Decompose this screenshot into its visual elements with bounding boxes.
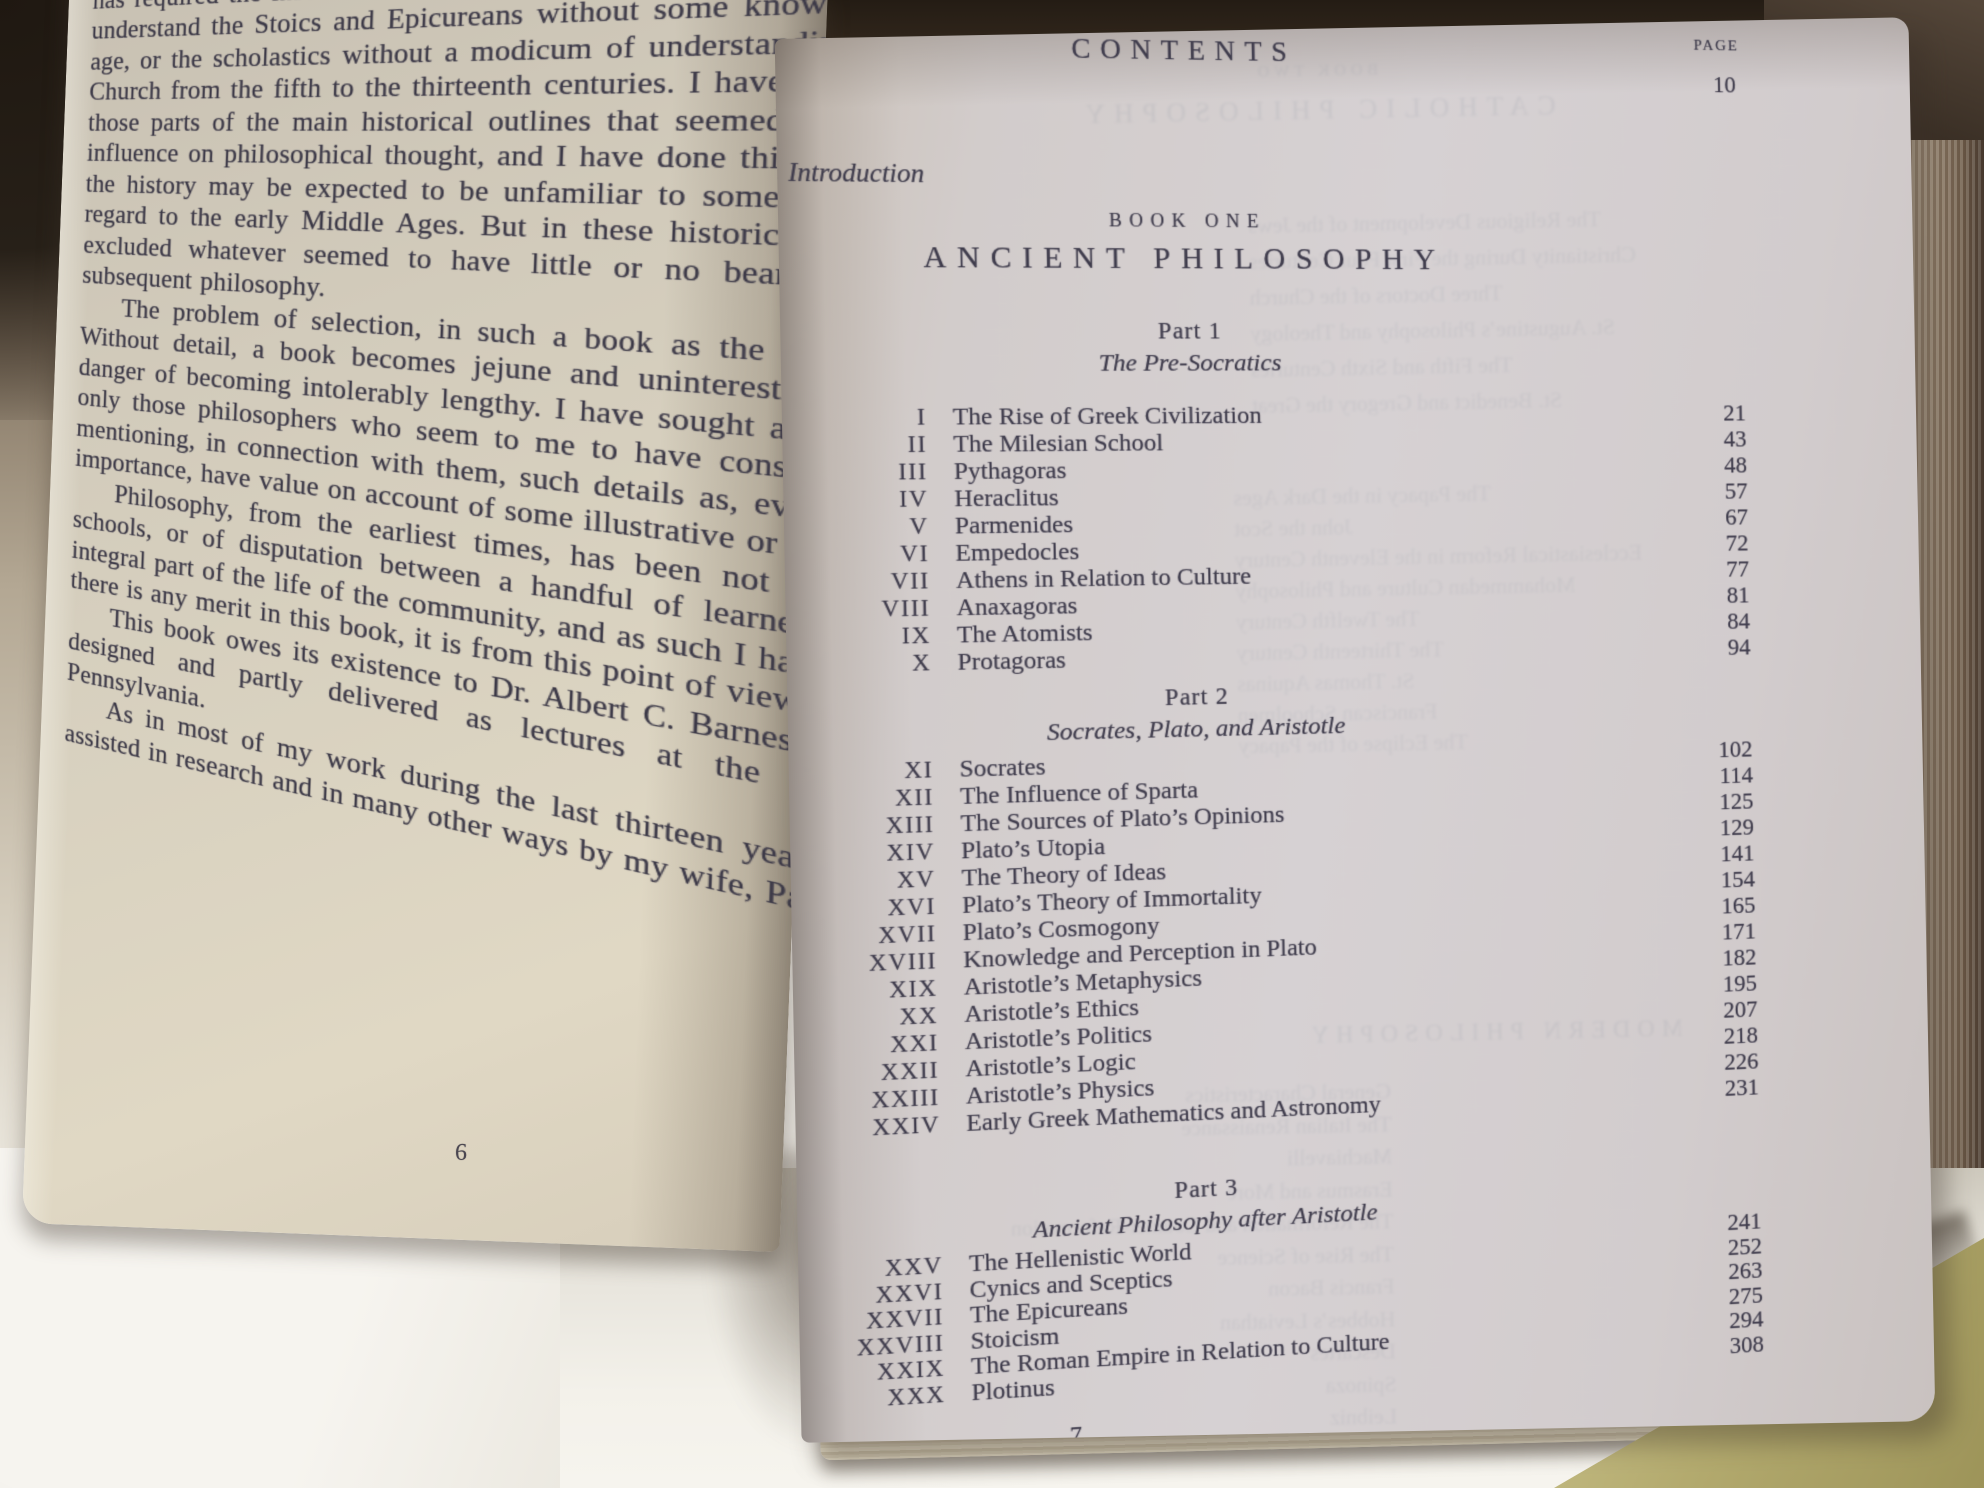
right-page: BOOK TWOCATHOLIC PHILOSOPHY The Religiou…	[775, 17, 1936, 1443]
chapter-page-number: 48	[1661, 452, 1747, 479]
chapter-page-number: 57	[1662, 478, 1748, 505]
chapter-page-number: 94	[1665, 634, 1751, 662]
chapter-page-number: 165	[1670, 892, 1756, 920]
chapter-page-number: 231	[1673, 1074, 1759, 1103]
book-one-title: ANCIENT PHILOSOPHY	[775, 240, 1658, 279]
chapter-numeral: VI	[775, 540, 930, 570]
left-page-text: N PHILOSOPHICAL THOUGHT has required the…	[64, 0, 828, 1016]
chapter-page-number: 141	[1669, 840, 1755, 868]
chapter-numeral: III	[775, 458, 928, 487]
chapter-page-number: 21	[1660, 400, 1746, 426]
chapter-page-number: 102	[1667, 736, 1753, 763]
chapter-page-number: 114	[1667, 762, 1753, 789]
contents-part: Part 1The Pre-SocraticsIThe Rise of Gree…	[775, 317, 1751, 681]
chapter-numeral: X	[775, 649, 932, 681]
chapter-page-number: 43	[1661, 426, 1747, 453]
page-column-label: PAGE	[1693, 38, 1739, 56]
introduction-page-number: 10	[1713, 72, 1736, 98]
preface-paragraphs: has required the insertion of certain ch…	[64, 0, 828, 1016]
chapter-page-number: 226	[1673, 1048, 1759, 1077]
part-label: Part 1	[775, 317, 1660, 345]
contents-parts: Part 1The Pre-SocraticsIThe Rise of Gree…	[775, 317, 1764, 1421]
chapter-page-number: 207	[1672, 996, 1758, 1025]
chapter-numeral: IV	[775, 486, 929, 516]
part-chapter-rows: XISocrates102XIIThe Influence of Sparta1…	[775, 736, 1760, 1149]
chapter-title: The Rise of Greek Civilization	[926, 401, 1660, 431]
chapter-page-number: 308	[1678, 1332, 1764, 1362]
chapter-numeral: VIII	[775, 595, 931, 626]
chapter-numeral: XXIV	[775, 1111, 941, 1148]
chapter-page-number: 67	[1662, 504, 1748, 531]
part-title: The Pre-Socratics	[775, 350, 1660, 379]
chapter-page-number: 125	[1668, 788, 1754, 815]
chapter-numeral: V	[775, 513, 929, 543]
chapter-page-number: 182	[1671, 944, 1757, 972]
chapter-numeral: II	[775, 431, 928, 460]
chapter-page-number: 129	[1668, 814, 1754, 842]
introduction-label: Introduction	[788, 159, 925, 190]
chapter-numeral: VII	[775, 567, 930, 598]
part-chapter-rows: IThe Rise of Greek Civilization21IIThe M…	[775, 400, 1751, 681]
chapter-page-number: 72	[1663, 530, 1749, 557]
chapter-page-number: 171	[1670, 918, 1756, 946]
chapter-page-number: 77	[1663, 556, 1749, 583]
chapter-page-number: 195	[1671, 970, 1757, 998]
chapter-numeral: I	[775, 404, 927, 433]
chapter-page-number: 154	[1669, 866, 1755, 894]
book-one-kicker: BOOK ONE	[775, 207, 1658, 235]
left-page: N PHILOSOPHICAL THOUGHT has required the…	[22, 0, 828, 1252]
left-page-number: 6	[454, 1140, 467, 1167]
chapter-page-number: 84	[1664, 608, 1750, 636]
introduction-row: CHAPTER Introduction	[775, 158, 1742, 201]
contents-text: CONTENTS PAGE 10 CHAPTER Introduction BO…	[775, 17, 1765, 1443]
chapter-page-number: 81	[1664, 582, 1750, 609]
chapter-page-number: 218	[1672, 1022, 1758, 1051]
contents-part: Part 2Socrates, Plato, and AristotleXISo…	[775, 672, 1760, 1149]
contents-part: Part 3Ancient Philosophy after Aristotle…	[775, 1148, 1764, 1421]
open-book-photo: N PHILOSOPHICAL THOUGHT has required the…	[0, 0, 1984, 1488]
